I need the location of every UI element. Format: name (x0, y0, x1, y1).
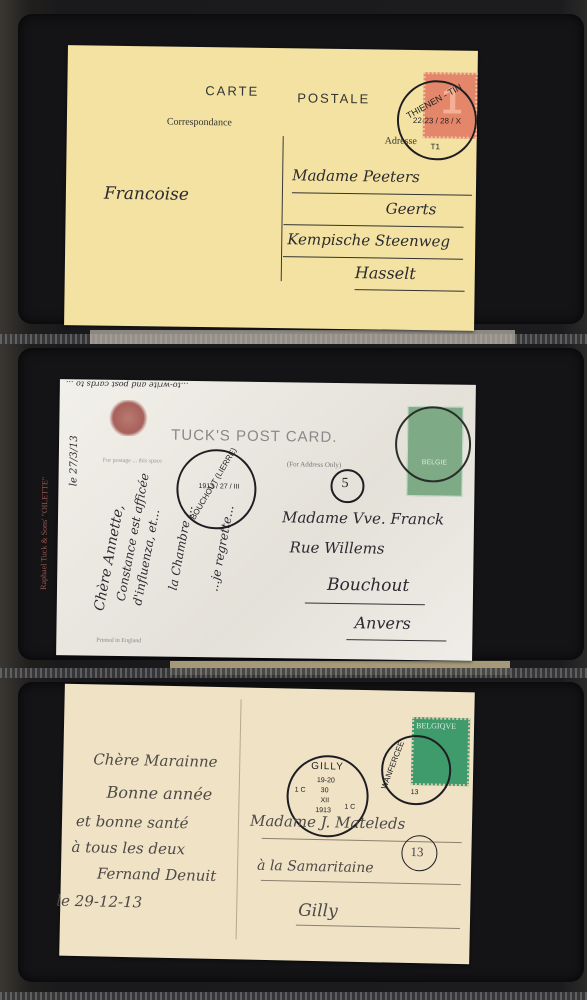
stamp-country: BELGIQVE (416, 721, 456, 731)
sleeve-seam-3 (0, 992, 587, 1000)
address-line: Madame J. Mateleds (250, 812, 406, 833)
postmark-town: THIENEN - TIN (405, 82, 464, 121)
label-correspondence: Correspondance (167, 117, 232, 129)
address-line: Rue Willems (289, 538, 384, 557)
postmark-day: 30 (321, 787, 329, 794)
message-line: le 29-12-13 (56, 892, 142, 912)
address-rule (305, 603, 425, 606)
address-line: Madame Peeters (292, 166, 420, 186)
postmark-bouchout: BOUCHOUT (LIERRE) 1913 / 27 / III (176, 449, 257, 530)
address-rule (261, 880, 461, 885)
message-line: Bonne année (106, 783, 212, 804)
address-rule (296, 925, 460, 929)
pocket-label-strip (90, 330, 515, 344)
message-line: à tous les deux (71, 838, 185, 858)
printed-footer: Printed in England (96, 638, 141, 645)
divider-line (281, 136, 284, 281)
address-rule (283, 224, 463, 228)
postcard-carte-postale: CARTE POSTALE Correspondance Adresse Fra… (64, 45, 478, 331)
address-rule (292, 192, 472, 196)
small-circle-mark: 13 (401, 835, 438, 872)
address-line: Anvers (354, 613, 410, 633)
message-line: Chère Marainne (93, 750, 218, 771)
postmark-date: 22-23 / 28 / X (413, 116, 461, 126)
postmark-town: GILLY (311, 761, 344, 773)
postmark-left-code: 1 C (295, 787, 306, 794)
address-line: Hasselt (355, 263, 416, 283)
address-rule (346, 639, 446, 641)
address-rule (283, 256, 463, 260)
message-line: Fernand Denuit (97, 864, 217, 884)
postmark-footer: 13 (411, 789, 419, 796)
address-line: Bouchout (327, 575, 409, 596)
small-circle-mark: 5 (330, 469, 364, 503)
address-line: Kempische Steenweg (287, 230, 450, 250)
printed-sub: (For Address Only) (287, 460, 342, 469)
postmark-date: 1913 / 27 / III (198, 483, 239, 491)
small-circle-value: 13 (410, 844, 423, 860)
postmark-town: WANFERCEE (379, 740, 406, 791)
top-handwritten-line: ...to-write and post cards to ... (66, 379, 189, 390)
message-line: et bonne santé (76, 812, 189, 832)
royal-crest-icon (107, 400, 149, 437)
sleeve-seam-2 (0, 668, 587, 678)
address-line: Gilly (298, 901, 338, 922)
publisher-imprint: Raphael Tuck & Sons' "OILETTE" (39, 477, 50, 590)
address-line: Geerts (386, 200, 437, 219)
dated: le 27/3/13 (68, 435, 80, 486)
postcard-new-year: Chère Marainne Bonne année et bonne sant… (59, 684, 475, 965)
printed-left: For postage ... this space (103, 458, 162, 465)
postmark-right-code: 1 C (344, 804, 355, 811)
divider-line (236, 699, 242, 939)
printed-title: TUCK'S POST CARD. (171, 427, 338, 446)
address-rule (355, 289, 465, 292)
postcard-tucks-post-card: ...to-write and post cards to ... TUCK'S… (56, 379, 476, 661)
postmark-thienen: THIENEN - TIN 22-23 / 28 / X T1 (396, 80, 477, 161)
printed-title-postale: POSTALE (297, 90, 370, 106)
postmark-wanfercee: WANFERCEE 13 (380, 734, 451, 805)
postmark-month: XII (320, 797, 329, 804)
handwritten-message: Francoise (104, 184, 189, 205)
postmark-time: 19-20 (317, 777, 335, 784)
small-circle-value: 5 (341, 476, 348, 492)
address-line: à la Samaritaine (257, 858, 374, 876)
postmark-footer: T1 (431, 142, 440, 151)
address-line: Madame Vve. Franck (282, 508, 444, 528)
album-page: CARTE POSTALE Correspondance Adresse Fra… (0, 0, 587, 1000)
printed-title-carte: CARTE (205, 83, 259, 99)
